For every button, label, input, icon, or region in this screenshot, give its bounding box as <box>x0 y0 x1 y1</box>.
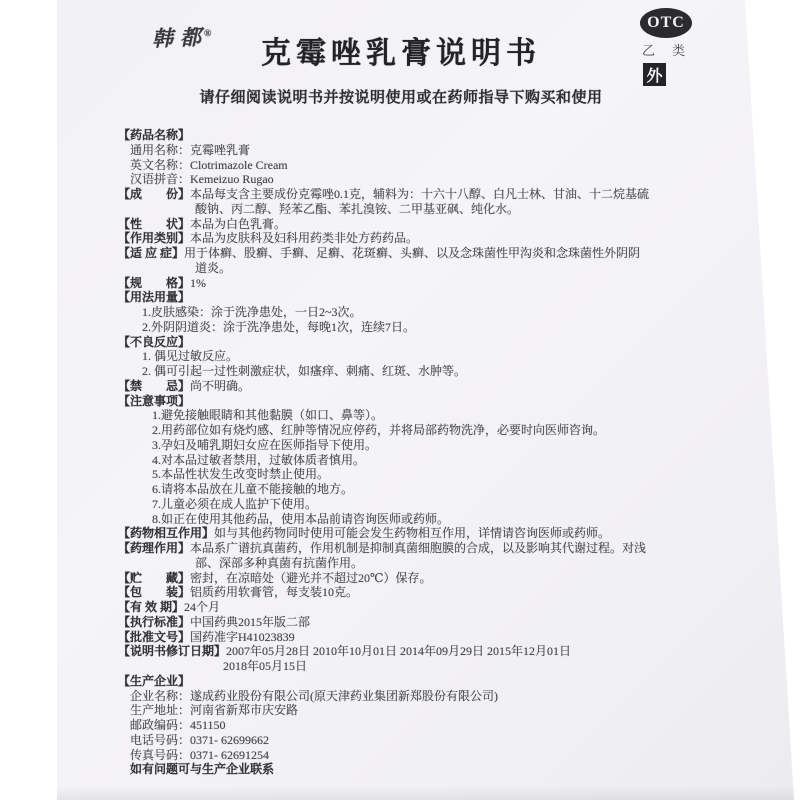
section-tag: 【禁 忌】 <box>118 379 190 393</box>
section-tag: 【性 状】 <box>118 217 190 231</box>
doc-line: 2018年05月15日 <box>223 659 745 674</box>
otc-class-label: 乙 类 <box>640 40 710 59</box>
line-text: 1. 偶见过敏反应。 <box>142 349 238 363</box>
doc-line: 【执行标准】中国药典2015年版二部 <box>118 615 745 630</box>
section-tag: 【注意事项】 <box>118 394 190 408</box>
line-text: 电话号码：0371- 62699662 <box>130 733 269 747</box>
section-tag: 【不良反应】 <box>118 335 190 349</box>
line-text: 本品每支含主要成份克霉唑0.1克，辅料为：十六十八醇、白凡士林、甘油、十二烷基硫 <box>190 187 649 201</box>
doc-line: 6.请将本品放在儿童不能接触的地方。 <box>152 482 745 497</box>
doc-line: 如有问题可与生产企业联系 <box>130 762 745 777</box>
doc-line: 生产地址：河南省新郑市庆安路 <box>130 703 745 718</box>
line-text: 英文名称：Clotrimazole Cream <box>130 158 288 172</box>
section-tag: 【成 份】 <box>118 187 190 201</box>
line-text: 用于体癣、股癣、手癣、足癣、花斑癣、头癣、以及念珠菌性甲沟炎和念珠菌性外阴阴 <box>184 246 640 260</box>
line-text: 1.皮肤感染：涂于洗净患处，一日2~3次。 <box>142 305 362 319</box>
line-text: 2.用药部位如有烧灼感、红肿等情况应停药，并将局部药物洗净，必要时向医师咨询。 <box>152 423 605 437</box>
doc-line: 英文名称：Clotrimazole Cream <box>130 158 745 173</box>
doc-line: 【禁 忌】尚不明确。 <box>118 379 745 394</box>
line-text: 国药准字H41023839 <box>190 630 295 644</box>
doc-line: 【规 格】1% <box>118 276 745 291</box>
section-tag: 【贮 藏】 <box>118 571 190 585</box>
doc-line: 2.外阴阴道炎：涂于洗净患处，每晚1次，连续7日。 <box>142 320 745 335</box>
doc-line: 道炎。 <box>195 261 745 276</box>
section-tag: 【药理作用】 <box>118 541 190 555</box>
line-text: 6.请将本品放在儿童不能接触的地方。 <box>152 482 353 496</box>
doc-line: 【不良反应】 <box>118 335 745 350</box>
line-text: 如与其他药物同时使用可能会发生药物相互作用，详情请咨询医师或药师。 <box>214 526 610 540</box>
line-text: 2. 偶可引起一过性刺激症状，如瘙痒、刺痛、红斑、水肿等。 <box>142 364 466 378</box>
line-text: 本品为皮肤科及妇科用药类非处方药药品。 <box>190 231 418 245</box>
doc-line: 【适 应 症】用于体癣、股癣、手癣、足癣、花斑癣、头癣、以及念珠菌性甲沟炎和念珠… <box>118 246 745 261</box>
line-text: 本品为白色乳膏。 <box>190 217 286 231</box>
section-tag: 【药品名称】 <box>118 128 190 142</box>
doc-line: 【贮 藏】密封，在凉暗处（避光并不超过20℃）保存。 <box>118 571 745 586</box>
doc-line: 3.孕妇及哺乳期妇女应在医师指导下使用。 <box>152 438 745 453</box>
external-use-mark-icon: 外 <box>643 63 666 86</box>
line-text: 24个月 <box>184 600 220 614</box>
section-tag: 【药物相互作用】 <box>118 526 214 540</box>
document-body: 【药品名称】通用名称：克霉唑乳膏英文名称：Clotrimazole Cream汉… <box>57 128 745 777</box>
section-tag: 【作用类别】 <box>118 231 190 245</box>
doc-line: 酸钠、丙二醇、羟苯乙酯、苯扎溴铵、二甲基亚砜、纯化水。 <box>195 202 745 217</box>
line-text: 通用名称：克霉唑乳膏 <box>130 143 250 157</box>
doc-line: 4.对本品过敏者禁用，过敏体质者慎用。 <box>152 453 745 468</box>
doc-line: 邮政编码：451150 <box>130 718 745 733</box>
doc-line: 【生产企业】 <box>118 674 745 689</box>
doc-line: 【注意事项】 <box>118 394 745 409</box>
section-tag: 【规 格】 <box>118 276 190 290</box>
doc-line: 通用名称：克霉唑乳膏 <box>130 143 745 158</box>
section-tag: 【包 装】 <box>118 585 190 599</box>
doc-line: 2. 偶可引起一过性刺激症状，如瘙痒、刺痛、红斑、水肿等。 <box>142 364 745 379</box>
doc-line: 8.如正在使用其他药品，使用本品前请咨询医师或药师。 <box>152 512 745 527</box>
line-text: 1.避免接触眼睛和其他黏膜（如口、鼻等）。 <box>152 408 383 422</box>
doc-line: 1.避免接触眼睛和其他黏膜（如口、鼻等）。 <box>152 408 745 423</box>
section-tag: 【执行标准】 <box>118 615 190 629</box>
usage-advisory-subtitle: 请仔细阅读说明书并按说明使用或在药师指导下购买和使用 <box>57 86 745 107</box>
doc-line: 【药品名称】 <box>118 128 745 143</box>
doc-line: 【成 份】本品每支含主要成份克霉唑0.1克，辅料为：十六十八醇、白凡士林、甘油、… <box>118 187 745 202</box>
otc-badge: OTC 乙 类 外 <box>640 8 710 86</box>
section-tag: 【适 应 症】 <box>118 246 184 260</box>
line-text: 2018年05月15日 <box>223 659 307 673</box>
doc-line: 【药理作用】本品系广谱抗真菌药，作用机制是抑制真菌细胞膜的合成，以及影响其代谢过… <box>118 541 745 556</box>
line-text: 生产地址：河南省新郑市庆安路 <box>130 703 298 717</box>
leaflet-paper: 韩都® 克霉唑乳膏说明书 OTC 乙 类 外 请仔细阅读说明书并按说明使用或在药… <box>57 0 794 800</box>
doc-line: 【批准文号】国药准字H41023839 <box>118 630 745 645</box>
doc-line: 7.儿童必须在成人监护下使用。 <box>152 497 745 512</box>
line-text: 企业名称：遂成药业股份有限公司(原天津药业集团新郑股份有限公司) <box>130 689 498 703</box>
line-text: 密封，在凉暗处（避光并不超过20℃）保存。 <box>190 571 431 585</box>
line-text: 4.对本品过敏者禁用，过敏体质者慎用。 <box>152 453 365 467</box>
line-text: 邮政编码：451150 <box>130 718 226 732</box>
doc-line: 2.用药部位如有烧灼感、红肿等情况应停药，并将局部药物洗净，必要时向医师咨询。 <box>152 423 745 438</box>
otc-oval-icon: OTC <box>640 8 692 38</box>
section-tag: 【用法用量】 <box>118 290 190 304</box>
line-text: 铝质药用软膏管，每支装10克。 <box>190 585 358 599</box>
line-text: 酸钠、丙二醇、羟苯乙酯、苯扎溴铵、二甲基亚砜、纯化水。 <box>195 202 519 216</box>
line-text: 道炎。 <box>195 261 231 275</box>
line-text: 如有问题可与生产企业联系 <box>130 762 274 776</box>
line-text: 汉语拼音：Kemeizuo Rugao <box>130 172 274 186</box>
doc-line: 部、深部多种真菌有抗菌作用。 <box>195 556 745 571</box>
section-tag: 【批准文号】 <box>118 630 190 644</box>
line-text: 2007年05月28日 2010年10月01日 2014年09月29日 2015… <box>226 644 571 658</box>
doc-line: 企业名称：遂成药业股份有限公司(原天津药业集团新郑股份有限公司) <box>130 689 745 704</box>
doc-line: 1.皮肤感染：涂于洗净患处，一日2~3次。 <box>142 305 745 320</box>
doc-line: 【用法用量】 <box>118 290 745 305</box>
doc-line: 【有 效 期】24个月 <box>118 600 745 615</box>
doc-line: 【包 装】铝质药用软膏管，每支装10克。 <box>118 585 745 600</box>
line-text: 尚不明确。 <box>190 379 250 393</box>
section-tag: 【生产企业】 <box>118 674 190 688</box>
line-text: 中国药典2015年版二部 <box>190 615 310 629</box>
line-text: 8.如正在使用其他药品，使用本品前请咨询医师或药师。 <box>152 512 449 526</box>
line-text: 2.外阴阴道炎：涂于洗净患处，每晚1次，连续7日。 <box>142 320 415 334</box>
line-text: 部、深部多种真菌有抗菌作用。 <box>195 556 363 570</box>
doc-line: 传真号码：0371- 62691254 <box>130 748 745 763</box>
line-text: 本品系广谱抗真菌药，作用机制是抑制真菌细胞膜的合成，以及影响其代谢过程。对浅 <box>190 541 646 555</box>
section-tag: 【有 效 期】 <box>118 600 184 614</box>
line-text: 传真号码：0371- 62691254 <box>130 748 269 762</box>
line-text: 5.本品性状发生改变时禁止使用。 <box>152 467 329 481</box>
doc-line: 【作用类别】本品为皮肤科及妇科用药类非处方药药品。 <box>118 231 745 246</box>
section-tag: 【说明书修订日期】 <box>118 644 226 658</box>
doc-line: 【药物相互作用】如与其他药物同时使用可能会发生药物相互作用，详情请咨询医师或药师… <box>118 526 745 541</box>
line-text: 3.孕妇及哺乳期妇女应在医师指导下使用。 <box>152 438 377 452</box>
doc-line: 汉语拼音：Kemeizuo Rugao <box>130 172 745 187</box>
doc-line: 电话号码：0371- 62699662 <box>130 733 745 748</box>
doc-line: 5.本品性状发生改变时禁止使用。 <box>152 467 745 482</box>
doc-line: 【性 状】本品为白色乳膏。 <box>118 217 745 232</box>
doc-line: 【说明书修订日期】2007年05月28日 2010年10月01日 2014年09… <box>118 644 745 659</box>
scanned-drug-leaflet: { "header": { "brand": "韩都", "reg_mark":… <box>0 0 800 800</box>
line-text: 1% <box>190 276 206 290</box>
doc-line: 1. 偶见过敏反应。 <box>142 349 745 364</box>
line-text: 7.儿童必须在成人监护下使用。 <box>152 497 317 511</box>
